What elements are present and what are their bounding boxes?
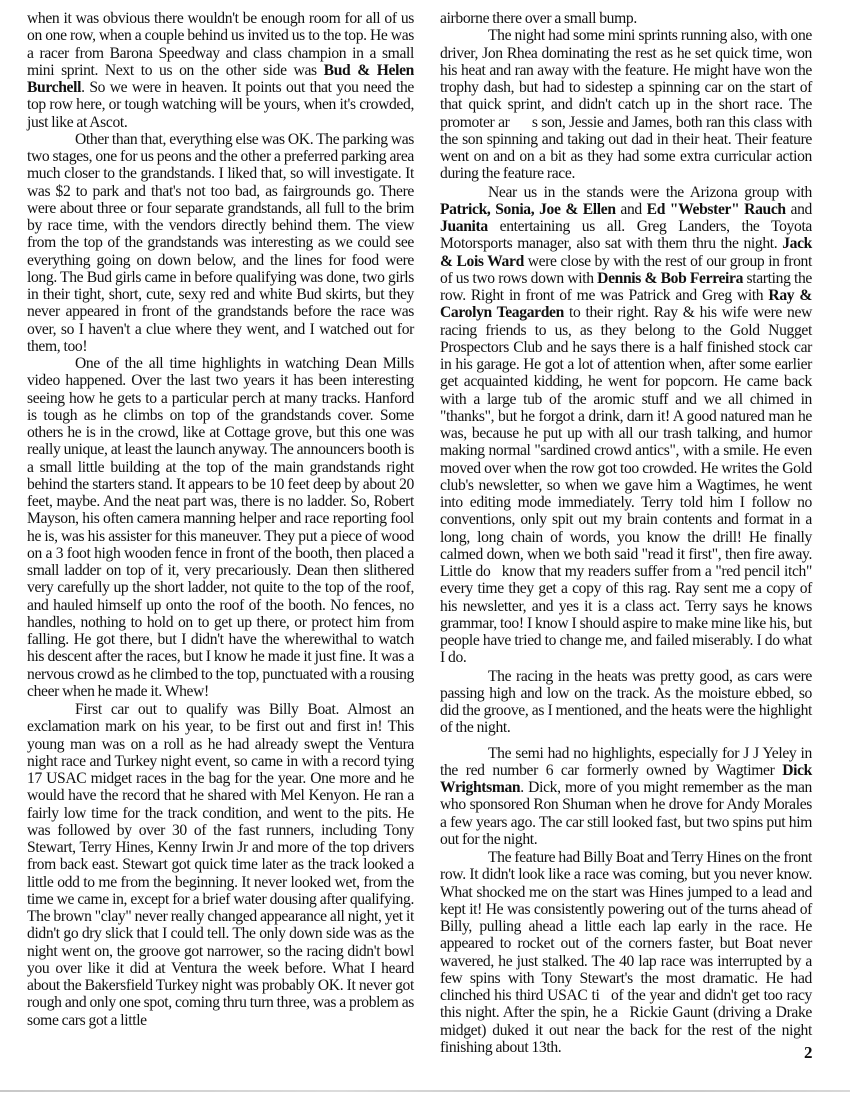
paragraph-heats: The racing in the heats was pretty good,…: [440, 668, 812, 737]
paragraph-stands-group: Near us in the stands were the Arizona g…: [440, 184, 812, 667]
newsletter-page: when it was obvious there wouldn't be en…: [0, 0, 850, 1100]
right-column: airborne there over a small bump. The ni…: [440, 10, 812, 1056]
bold-name: Juanita: [440, 218, 488, 235]
bold-name: Ed "Webster" Rauch: [647, 201, 786, 218]
paragraph-qualifying: First car out to qualify was Billy Boat.…: [27, 701, 414, 1029]
paragraph-feature: The feature had Billy Boat and Terry Hin…: [440, 849, 812, 1056]
paragraph-dean-mills: One of the all time highlights in watchi…: [27, 355, 414, 700]
paragraph-mini-sprints: The night had some mini sprints running …: [440, 27, 812, 182]
bold-name: Patrick, Sonia, Joe & Ellen: [440, 201, 616, 218]
page-number: 2: [804, 1043, 813, 1063]
page-bottom-edge: [0, 1090, 850, 1092]
left-column: when it was obvious there wouldn't be en…: [27, 10, 414, 1029]
paragraph-parking: Other than that, everything else was OK.…: [27, 131, 414, 355]
paragraph-semi: The semi had no highlights, especially f…: [440, 745, 812, 849]
paragraph-seating: when it was obvious there wouldn't be en…: [27, 10, 414, 131]
paragraph-continuation: airborne there over a small bump.: [440, 10, 812, 27]
bold-name: Dennis & Bob Ferreira: [597, 270, 743, 287]
